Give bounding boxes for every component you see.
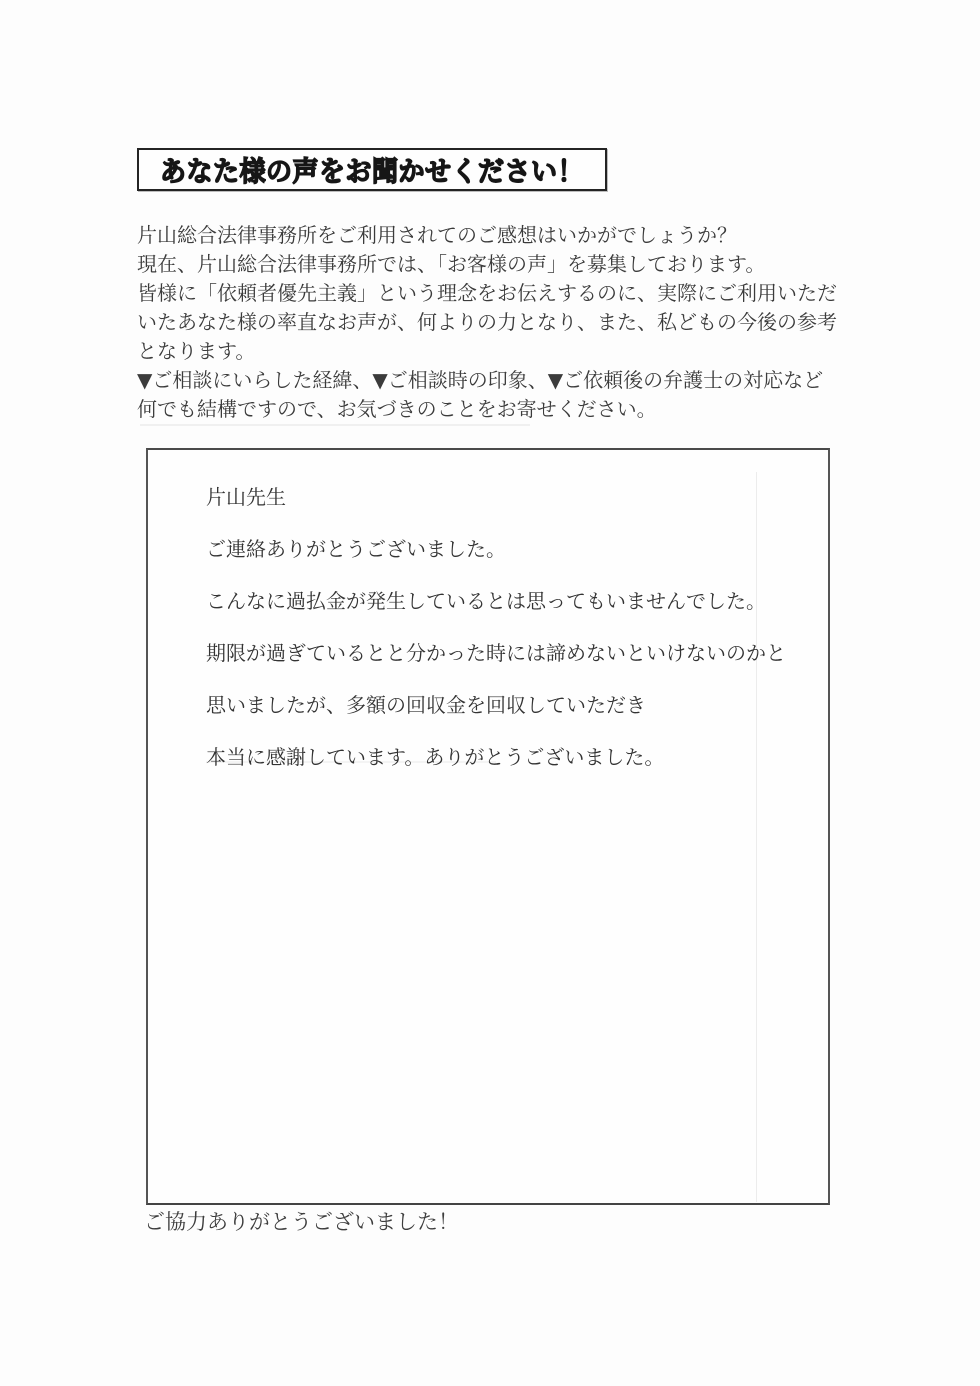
closing-text: ご協力ありがとうございました！ (144, 1206, 459, 1236)
customer-message-box: 片山先生 ご連絡ありがとうございました。 こんなに過払金が発生しているとは思って… (146, 448, 830, 1205)
message-line: 片山先生 (206, 471, 786, 523)
intro-line: 何でも結構ですので、お気づきのことをお寄せください。 (137, 395, 877, 424)
message-line: 期限が過ぎているとと分かった時には諦めないといけないのかと (206, 627, 786, 679)
intro-line: ▼ご相談にいらした経緯、▼ご相談時の印象、▼ご依頼後の弁護士の対応など (137, 366, 877, 395)
intro-line: 皆様に「依頼者優先主義」という理念をお伝えするのに、実際にご利用いただ (137, 279, 877, 308)
scan-artifact-streak (140, 424, 530, 426)
intro-paragraph: 片山総合法律事務所をご利用されてのご感想はいかがでしょうか？ 現在、片山総合法律… (137, 221, 877, 424)
intro-line: となります。 (137, 337, 877, 366)
message-line: ご連絡ありがとうございました。 (206, 523, 786, 575)
message-line: こんなに過払金が発生しているとは思ってもいませんでした。 (206, 575, 786, 627)
intro-line: 片山総合法律事務所をご利用されてのご感想はいかがでしょうか？ (137, 221, 877, 250)
intro-line: いたあなた様の率直なお声が、何よりの力となり、また、私どもの今後の参考 (137, 308, 877, 337)
scanned-feedback-document: あなた様の声をお聞かせください！ 片山総合法律事務所をご利用されてのご感想はいか… (0, 0, 980, 1386)
customer-message: 片山先生 ご連絡ありがとうございました。 こんなに過払金が発生しているとは思って… (206, 471, 786, 783)
scan-artifact-ghost (206, 761, 496, 763)
message-line: 本当に感謝しています。ありがとうございました。 (206, 731, 786, 783)
intro-line: 現在、片山総合法律事務所では、「お客様の声」を募集しております。 (137, 250, 877, 279)
title-banner: あなた様の声をお聞かせください！ (137, 148, 607, 191)
page-title: あなた様の声をお聞かせください！ (160, 150, 584, 189)
message-line: 思いましたが、多額の回収金を回収していただき (206, 679, 786, 731)
